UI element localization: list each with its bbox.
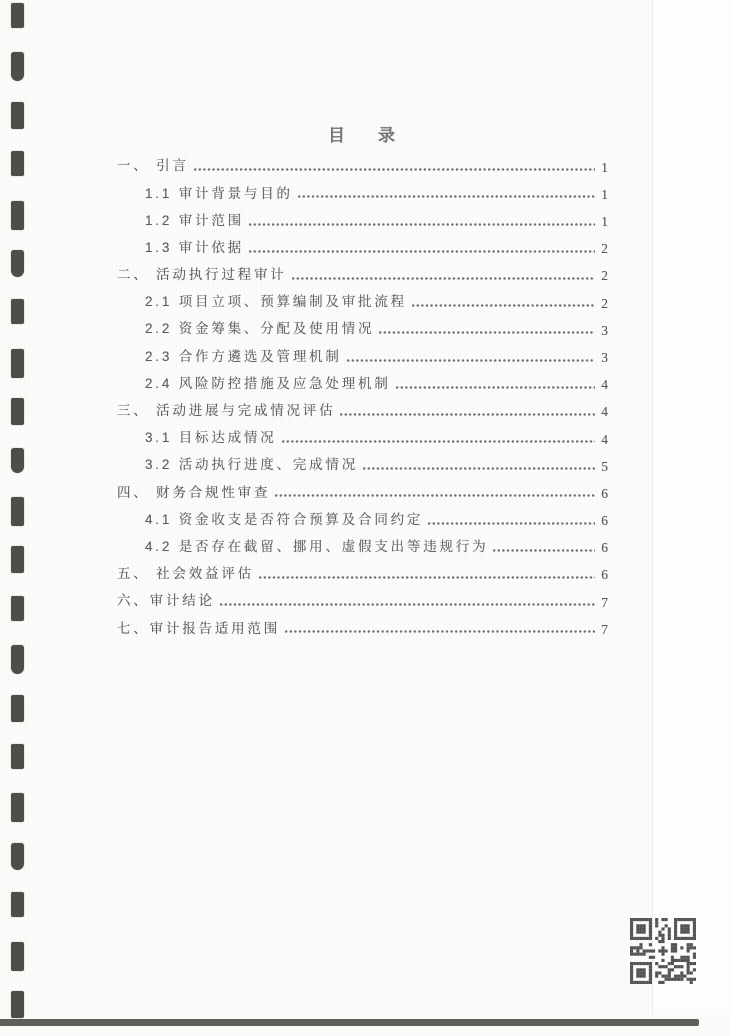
toc-item: 二、 活动执行过程审计2 (117, 257, 608, 284)
toc-page-number: 4 (598, 432, 608, 448)
toc-dotted-leader (282, 440, 595, 443)
toc-item-label: 五、 社会效益评估 (117, 566, 254, 583)
toc-item: 2.1 项目立项、预算编制及审批流程2 (117, 284, 608, 311)
toc-page-number: 1 (598, 214, 608, 230)
binding-mark (11, 250, 24, 277)
binding-mark (11, 448, 24, 473)
toc-page-number: 1 (598, 187, 608, 203)
toc-page-number: 2 (598, 241, 608, 257)
toc-item-label: 一、 引言 (117, 158, 189, 175)
toc-page-number: 6 (598, 567, 608, 583)
toc-dotted-leader (285, 630, 595, 633)
binding-mark (11, 843, 24, 870)
toc-dotted-leader (259, 576, 595, 579)
toc-item: 4.2 是否存在截留、挪用、虚假支出等违规行为6 (117, 529, 608, 556)
screenshot-viewport: 目 录 一、 引言11.1 审计背景与目的11.2 审计范围11.3 审计依据2… (0, 0, 731, 1036)
toc-dotted-leader (493, 549, 595, 552)
toc-item-label: 3.1 目标达成情况 (145, 430, 277, 447)
binding-mark (11, 695, 24, 722)
binding-mark (11, 942, 24, 971)
toc-dotted-leader (194, 168, 595, 171)
binding-mark (11, 398, 24, 425)
scanned-page: 目 录 一、 引言11.1 审计背景与目的11.2 审计范围11.3 审计依据2… (0, 0, 731, 1036)
toc-item-label: 4.1 资金收支是否符合预算及合同约定 (145, 512, 423, 529)
binding-mark (11, 299, 24, 324)
toc-dotted-leader (396, 386, 595, 389)
toc-item-label: 1.2 审计范围 (145, 213, 244, 230)
toc-dotted-leader (220, 603, 595, 606)
toc-item: 六、审计结论7 (117, 583, 608, 610)
toc-page-number: 7 (598, 622, 608, 638)
toc-item: 3.2 活动执行进度、完成情况5 (117, 447, 608, 474)
toc-item: 1.3 审计依据2 (117, 230, 608, 257)
binding-mark (11, 793, 24, 822)
toc-item-label: 3.2 活动执行进度、完成情况 (145, 457, 358, 474)
binding-mark (11, 991, 24, 1018)
binding-mark (11, 645, 24, 674)
toc-item: 三、 活动进展与完成情况评估4 (117, 393, 608, 420)
toc-page-number: 1 (598, 160, 608, 176)
toc-item: 七、审计报告适用范围7 (117, 610, 608, 637)
toc-page-number: 6 (598, 513, 608, 529)
toc-dotted-leader (379, 331, 595, 334)
qr-code-icon (630, 917, 696, 985)
toc-item: 4.1 资金收支是否符合预算及合同约定6 (117, 501, 608, 528)
toc-dotted-leader (428, 522, 595, 525)
toc-item-label: 二、 活动执行过程审计 (117, 267, 287, 284)
toc-dotted-leader (249, 223, 595, 226)
binding-mark (11, 744, 24, 769)
toc-item: 2.2 资金筹集、分配及使用情况3 (117, 311, 608, 338)
toc-dotted-leader (412, 304, 595, 307)
toc-item-label: 4.2 是否存在截留、挪用、虚假支出等违规行为 (145, 539, 488, 556)
scan-edge-shadow (0, 1019, 699, 1026)
toc-page-number: 7 (598, 595, 608, 611)
toc-dotted-leader (340, 413, 595, 416)
binding-mark (11, 596, 24, 621)
toc-item-label: 三、 活动进展与完成情况评估 (117, 403, 335, 420)
toc-page-number: 5 (598, 459, 608, 475)
toc-dotted-leader (363, 467, 595, 470)
table-of-contents: 一、 引言11.1 审计背景与目的11.2 审计范围11.3 审计依据2二、 活… (117, 148, 608, 637)
toc-item: 1.2 审计范围1 (117, 202, 608, 229)
binding-mark (11, 497, 24, 526)
toc-page-number: 6 (598, 486, 608, 502)
toc-item-label: 1.3 审计依据 (145, 240, 244, 257)
binding-mark (11, 892, 24, 917)
toc-page-number: 2 (598, 296, 608, 312)
toc-item: 2.4 风险防控措施及应急处理机制4 (117, 366, 608, 393)
binding-mark (11, 3, 24, 28)
scanner-background-strip (653, 0, 731, 1014)
toc-dotted-leader (298, 195, 595, 198)
toc-page-number: 2 (598, 268, 608, 284)
page-edge-line (652, 0, 653, 1014)
binding-mark (11, 151, 24, 176)
binding-mark (11, 349, 24, 378)
toc-item: 3.1 目标达成情况4 (117, 420, 608, 447)
toc-item: 四、 财务合规性审查6 (117, 474, 608, 501)
toc-dotted-leader (292, 277, 595, 280)
toc-page-number: 4 (598, 377, 608, 393)
toc-page-number: 3 (598, 323, 608, 339)
toc-dotted-leader (249, 250, 595, 253)
toc-dotted-leader (275, 494, 595, 497)
toc-page-number: 6 (598, 540, 608, 556)
toc-dotted-leader (347, 359, 595, 362)
toc-item-label: 七、审计报告适用范围 (117, 621, 280, 638)
toc-item-label: 2.4 风险防控措施及应急处理机制 (145, 376, 391, 393)
toc-page-number: 3 (598, 350, 608, 366)
toc-item-label: 1.1 审计背景与目的 (145, 186, 293, 203)
toc-item-label: 2.1 项目立项、预算编制及审批流程 (145, 294, 407, 311)
page-title: 目 录 (0, 121, 731, 146)
toc-page-number: 4 (598, 404, 608, 420)
toc-item: 一、 引言1 (117, 148, 608, 175)
toc-item-label: 2.3 合作方遴选及管理机制 (145, 349, 342, 366)
binding-mark (11, 201, 24, 230)
binding-mark (11, 546, 24, 573)
toc-item: 1.1 审计背景与目的1 (117, 175, 608, 202)
toc-item-label: 四、 财务合规性审查 (117, 485, 270, 502)
binding-mark (11, 52, 24, 81)
toc-item: 2.3 合作方遴选及管理机制3 (117, 338, 608, 365)
toc-item-label: 六、审计结论 (117, 593, 215, 610)
toc-item: 五、 社会效益评估6 (117, 556, 608, 583)
toc-item-label: 2.2 资金筹集、分配及使用情况 (145, 321, 374, 338)
